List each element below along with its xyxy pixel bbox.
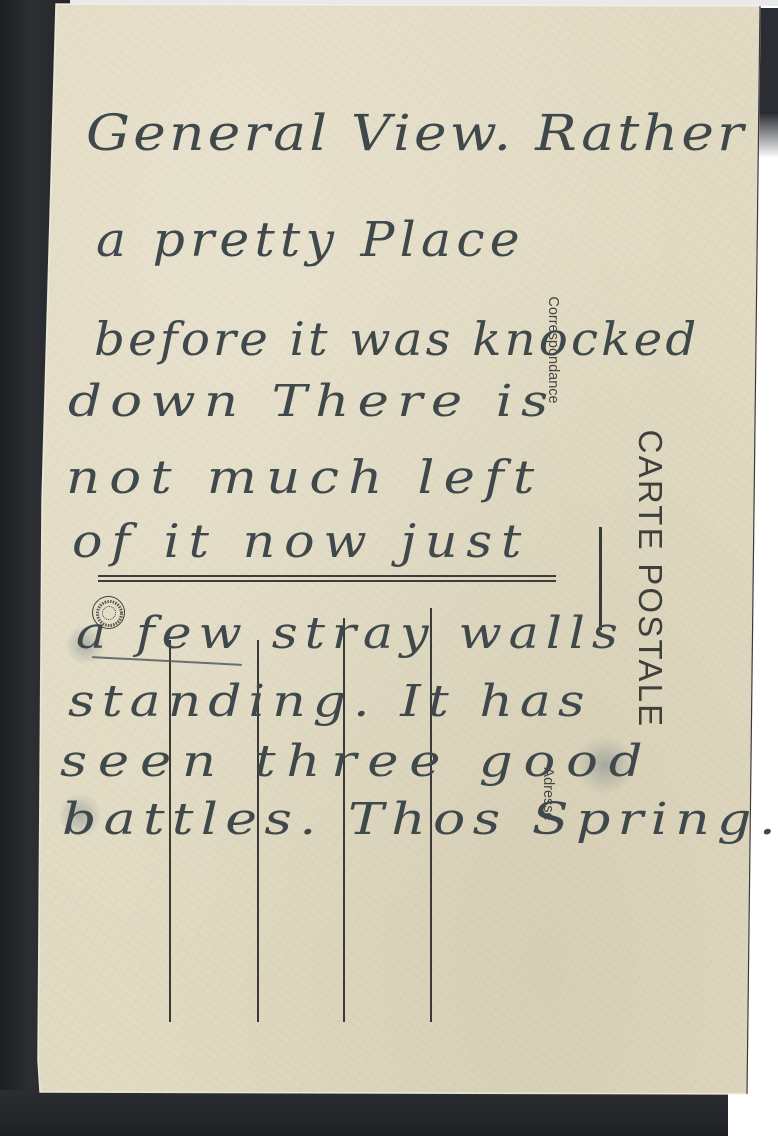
- message-line-8: standing. It has: [68, 676, 592, 727]
- message-line-4: down There is: [68, 376, 556, 427]
- message-line-1: General View. Rather: [86, 104, 747, 162]
- message-line-7: a few stray walls: [76, 608, 625, 659]
- message-line-9: seen three good: [60, 736, 653, 787]
- message-line-5: not much left: [66, 450, 543, 504]
- message-line-10: battles. Thos Spring.: [62, 794, 778, 845]
- message-line-3: before it was knocked: [94, 312, 699, 366]
- message-line-2: a pretty Place: [96, 212, 525, 268]
- handwritten-message: General View. Rather a pretty Place befo…: [0, 0, 778, 1136]
- message-line-6: of it now just: [72, 514, 530, 568]
